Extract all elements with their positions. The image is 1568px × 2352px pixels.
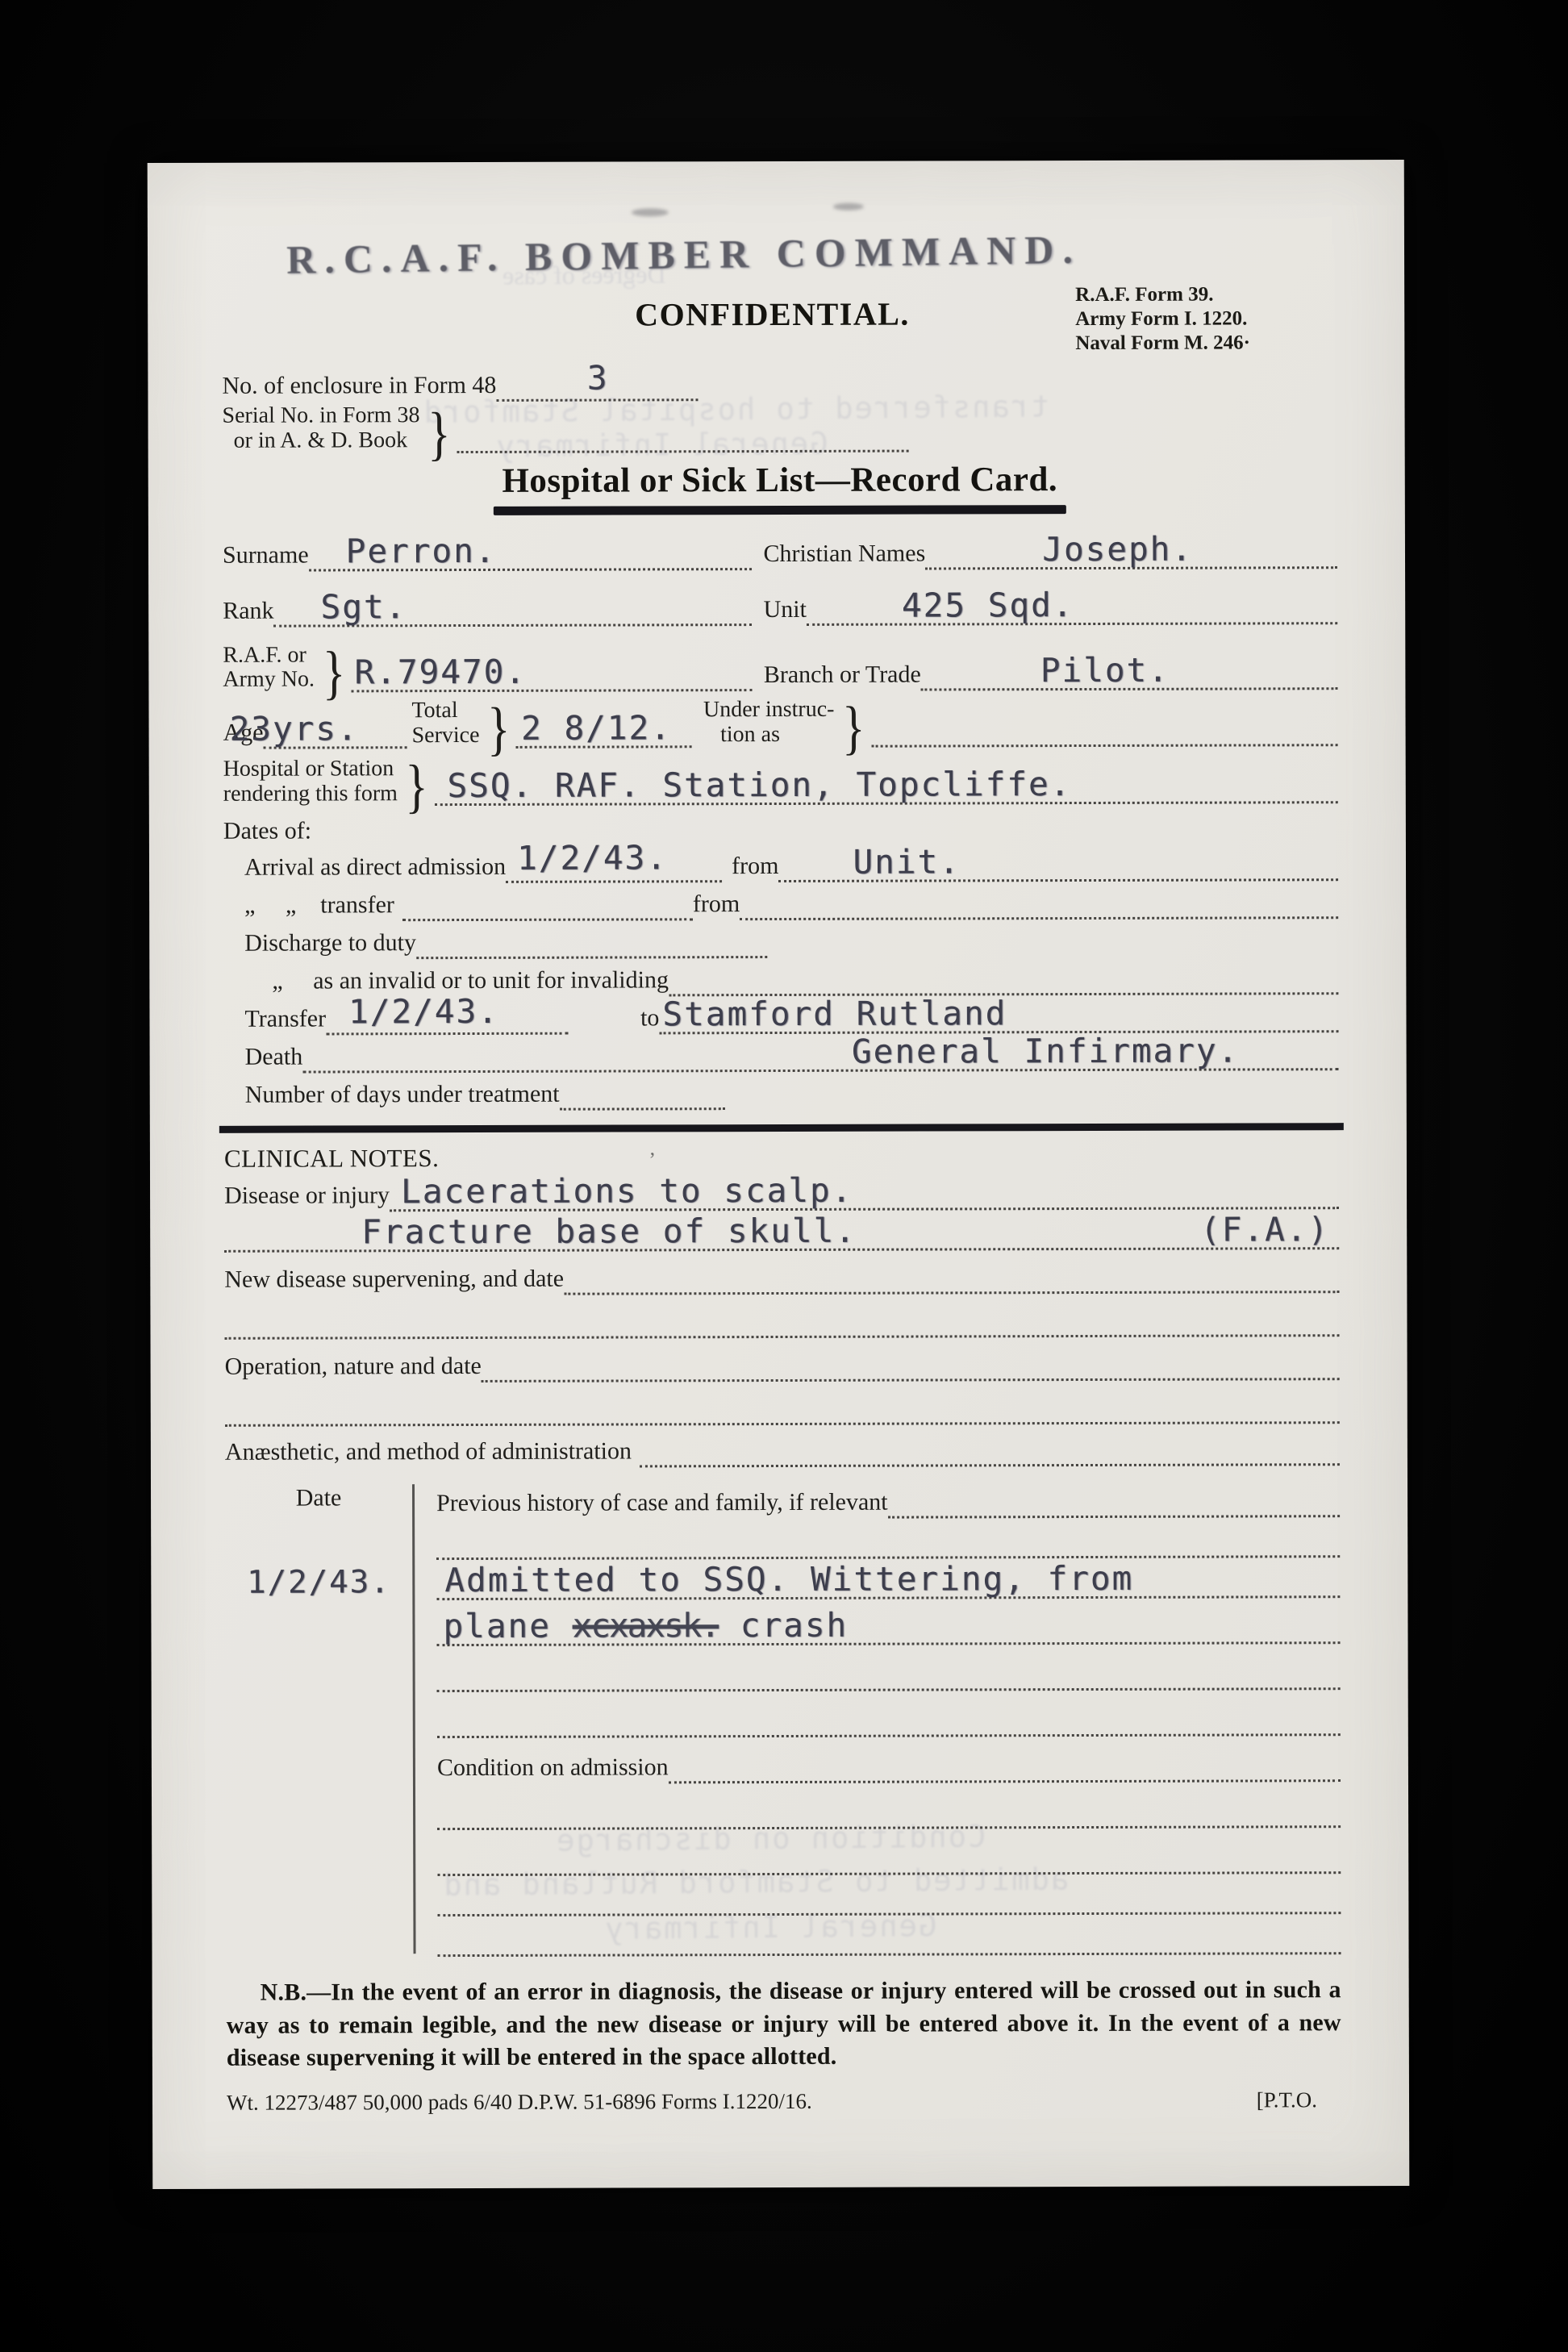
- serial-label: Serial No. in Form 38 or in A. & D. Book: [222, 403, 419, 453]
- transfer-out-to-field: Stamford Rutland: [659, 994, 1338, 1035]
- field-row: Rank Sgt. Unit 425 Sqd.: [223, 585, 1337, 628]
- transfer-out-to-value: Stamford Rutland: [662, 995, 1007, 1034]
- dotted-line: [437, 1875, 1341, 1917]
- serial-field: [457, 412, 908, 452]
- transfer-in-from-field: [740, 880, 1338, 921]
- disease-field-2: Fracture base of skull. (F.A.): [224, 1211, 1339, 1253]
- enclosure-field: 3: [496, 361, 698, 402]
- enclosure-row: No. of enclosure in Form 48 3: [222, 360, 1337, 402]
- rank-value: Sgt.: [320, 587, 407, 626]
- history-row: [226, 1691, 1341, 1740]
- form-reference-numbers: R.A.F. Form 39. Army Form I. 1220. Naval…: [1075, 282, 1250, 356]
- history-row: [225, 1518, 1340, 1562]
- total-service-value: 2 8/12.: [521, 708, 672, 747]
- dotted-line: [437, 1916, 1341, 1958]
- print-imprint-row: Wt. 12273/487 50,000 pads 6/40 D.P.W. 51…: [227, 2087, 1341, 2116]
- rank-label: Rank: [223, 597, 273, 627]
- field-row: R.A.F. orArmy No. } R.79470. Branch or T…: [223, 640, 1337, 693]
- arrival-date-value: 1/2/43.: [517, 839, 668, 878]
- history-entry-line1: Admitted to SSQ. Wittering, from: [444, 1559, 1133, 1599]
- total-service-field: 2 8/12.: [516, 708, 692, 749]
- days-under-treatment-row: Number of days under treatment: [245, 1073, 1339, 1112]
- under-instruction-field: [871, 707, 1338, 748]
- history-row: [226, 1829, 1341, 1878]
- history-row: [226, 1783, 1341, 1832]
- transfer-in-label: „ „ transfer: [244, 892, 394, 922]
- branch-label: Branch or Trade: [764, 661, 921, 692]
- disease-row-2: Fracture base of skull. (F.A.): [224, 1211, 1339, 1253]
- history-header-label: Previous history of case and family, if …: [436, 1489, 888, 1520]
- serial-row: Serial No. in Form 38 or in A. & D. Book…: [222, 401, 1337, 453]
- history-header-row: Date Previous history of case and family…: [225, 1479, 1340, 1521]
- clinical-notes-heading: CLINICAL NOTES.: [224, 1144, 439, 1174]
- death-field: General Infirmary.: [302, 1032, 1338, 1074]
- pto-marker: [P.T.O.: [1257, 2087, 1317, 2112]
- unit-value: 425 Sqd.: [902, 586, 1074, 625]
- death-label: Death: [245, 1044, 303, 1074]
- service-no-label: R.A.F. orArmy No.: [223, 643, 315, 693]
- days-label: Number of days under treatment: [245, 1081, 560, 1111]
- dotted-line: [437, 1835, 1341, 1877]
- operation-label: Operation, nature and date: [225, 1353, 482, 1383]
- anaesthetic-row: Anæsthetic, and method of administration: [225, 1426, 1340, 1470]
- age-service-row: Age 23yrs. TotalService } 2 8/12. Under …: [223, 696, 1337, 749]
- brace-glyph: }: [427, 409, 451, 460]
- days-field: [560, 1071, 725, 1111]
- history-row: 1/2/43. Admitted to SSQ. Wittering, from: [225, 1558, 1340, 1602]
- service-no-field: R.79470.: [351, 652, 752, 692]
- christian-names-field: Joseph.: [925, 529, 1337, 569]
- under-instruction-label: Under instruc- tion as: [703, 698, 835, 748]
- transfer-in-row: „ „ transfer from: [244, 883, 1338, 923]
- surname-label: Surname: [223, 541, 309, 571]
- dotted-line: [225, 1385, 1340, 1428]
- transfer-out-to-label: to: [640, 1005, 659, 1035]
- disease-row: Disease or injury Lacerations to scalp.: [224, 1171, 1339, 1213]
- unit-label: Unit: [764, 595, 807, 625]
- nb-footnote: N.B.—In the event of an error in diagnos…: [227, 1975, 1341, 2075]
- arrival-row: Arrival as direct admission 1/2/43. from…: [244, 845, 1338, 885]
- anaesthetic-label: Anæsthetic, and method of administration: [225, 1438, 632, 1469]
- history-row: [226, 1915, 1341, 1958]
- transfer-out-row: Transfer 1/2/43. to Stamford Rutland: [244, 997, 1338, 1036]
- history-date-value: 1/2/43.: [247, 1565, 390, 1601]
- disease-field: Lacerations to scalp.: [390, 1170, 1339, 1212]
- transfer-in-from-label: from: [693, 890, 740, 920]
- death-row: Death General Infirmary.: [245, 1035, 1339, 1074]
- print-imprint: Wt. 12273/487 50,000 pads 6/40 D.P.W. 51…: [227, 2089, 812, 2116]
- hospital-row: Hospital or Stationrendering this form }…: [223, 754, 1338, 807]
- history-table: Date Previous history of case and family…: [225, 1479, 1341, 1958]
- new-disease-row: New disease supervening, and date: [224, 1252, 1339, 1297]
- army-form-ref: Army Form I. 1220.: [1075, 307, 1250, 332]
- struck-out-word: xcxaxsk.: [573, 1607, 719, 1645]
- hospital-field: SSQ. RAF. Station, Topcliffe.: [434, 765, 1337, 807]
- confidential-marking: CONFIDENTIAL.: [635, 295, 910, 334]
- rank-field: Sgt.: [273, 586, 752, 628]
- anaesthetic-field: [640, 1427, 1340, 1468]
- operation-row: Operation, nature and date: [225, 1339, 1340, 1384]
- disease-value-fa: (F.A.): [1200, 1211, 1329, 1249]
- death-continuation-value: General Infirmary.: [852, 1032, 1239, 1071]
- dotted-line: [888, 1499, 1340, 1519]
- section-divider-rule: [219, 1124, 1344, 1134]
- condition-field: [669, 1743, 1341, 1784]
- total-service-label: TotalService: [411, 699, 479, 749]
- history-row: [226, 1645, 1341, 1694]
- identity-fields: Surname Perron. Christian Names Joseph. …: [223, 529, 1339, 1111]
- brace-glyph: }: [842, 703, 865, 754]
- unit-field: 425 Sqd.: [807, 585, 1337, 626]
- arrival-from-field: Unit.: [778, 842, 1338, 883]
- discharge-row: Discharge to duty: [244, 921, 1338, 961]
- hospital-label: Hospital or Stationrendering this form: [223, 757, 398, 807]
- unit-stamp: R.C.A.F. BOMBER COMMAND.: [148, 223, 1242, 285]
- branch-value: Pilot.: [1040, 651, 1170, 690]
- blank-line-row: [224, 1295, 1339, 1341]
- page-title: Hospital or Sick List—Record Card.: [223, 459, 1337, 502]
- dotted-line: [436, 1519, 1340, 1561]
- disease-value-line2: Fracture base of skull.: [361, 1211, 857, 1252]
- field-row: Surname Perron. Christian Names Joseph.: [223, 529, 1337, 572]
- arrival-from-value: Unit.: [853, 843, 961, 882]
- service-no-value: R.79470.: [354, 653, 527, 692]
- brace-glyph: }: [405, 762, 428, 813]
- transfer-out-date-value: 1/2/43.: [348, 992, 499, 1031]
- raf-form-ref: R.A.F. Form 39.: [1075, 282, 1250, 307]
- operation-field: [482, 1341, 1340, 1383]
- disease-label: Disease or injury: [224, 1182, 390, 1213]
- transfer-out-date-field: 1/2/43.: [326, 995, 568, 1036]
- stray-ink-mark: ’: [648, 1149, 656, 1173]
- hospital-value: SSQ. RAF. Station, Topcliffe.: [447, 765, 1071, 805]
- scanned-record-card-photo: { "header": { "stamp": "R.C.A.F. BOMBER …: [0, 0, 1568, 2352]
- dotted-line: [437, 1697, 1341, 1739]
- record-card-paper: Degrees of case transferred to hospital …: [148, 160, 1410, 2189]
- date-column-header: Date: [296, 1485, 342, 1520]
- surname-value: Perron.: [346, 532, 497, 570]
- arrival-from-label: from: [732, 853, 778, 882]
- dates-section: Arrival as direct admission 1/2/43. from…: [223, 845, 1339, 1112]
- new-disease-field: [564, 1254, 1339, 1296]
- classification-block: CONFIDENTIAL. R.A.F. Form 39. Army Form …: [222, 282, 1337, 363]
- invalid-field: [669, 956, 1339, 997]
- blank-line-row: [225, 1382, 1340, 1428]
- condition-label: Condition on admission: [437, 1754, 669, 1785]
- age-field: 23yrs.: [263, 709, 407, 749]
- christian-names-value: Joseph.: [1042, 529, 1193, 568]
- history-row: [226, 1875, 1341, 1918]
- discharge-field: [416, 919, 767, 959]
- dotted-line: [437, 1789, 1341, 1831]
- transfer-out-label: Transfer: [244, 1006, 326, 1036]
- dotted-line: [224, 1298, 1339, 1341]
- brace-glyph: }: [487, 704, 511, 755]
- arrival-label: Arrival as direct admission: [244, 853, 506, 884]
- new-disease-label: New disease supervening, and date: [224, 1266, 564, 1296]
- enclosure-value: 3: [587, 359, 609, 398]
- title-underline: [494, 505, 1066, 515]
- enclosure-label: No. of enclosure in Form 48: [222, 372, 496, 402]
- brace-glyph: }: [322, 648, 345, 699]
- ink-smudge: [833, 203, 864, 211]
- clinical-heading-row: CLINICAL NOTES. ’: [224, 1142, 1339, 1174]
- form-content: R.C.A.F. BOMBER COMMAND. CONFIDENTIAL. R…: [148, 229, 1409, 2116]
- age-value: 23yrs.: [229, 709, 358, 748]
- branch-field: Pilot.: [921, 650, 1338, 690]
- christian-names-label: Christian Names: [763, 540, 925, 570]
- history-entry-field: Admitted to SSQ. Wittering, from: [436, 1559, 1340, 1601]
- discharge-label: Discharge to duty: [244, 930, 416, 961]
- disease-value: Lacerations to scalp.: [401, 1171, 853, 1211]
- condition-on-admission-row: Condition on admission: [226, 1737, 1341, 1786]
- surname-field: Perron.: [309, 531, 753, 571]
- title-block: Hospital or Sick List—Record Card.: [223, 459, 1337, 516]
- transfer-in-date-field: [402, 882, 693, 922]
- history-entry-field: plane xcxaxsk. crash: [436, 1605, 1340, 1647]
- ink-smudge: [632, 208, 669, 216]
- naval-form-ref: Naval Form M. 246·: [1075, 331, 1250, 356]
- dotted-line: [437, 1651, 1341, 1693]
- history-entry-line2: plane xcxaxsk. crash: [443, 1606, 848, 1645]
- arrival-date-field: 1/2/43.: [506, 844, 722, 884]
- history-row: plane xcxaxsk. crash: [225, 1599, 1340, 1648]
